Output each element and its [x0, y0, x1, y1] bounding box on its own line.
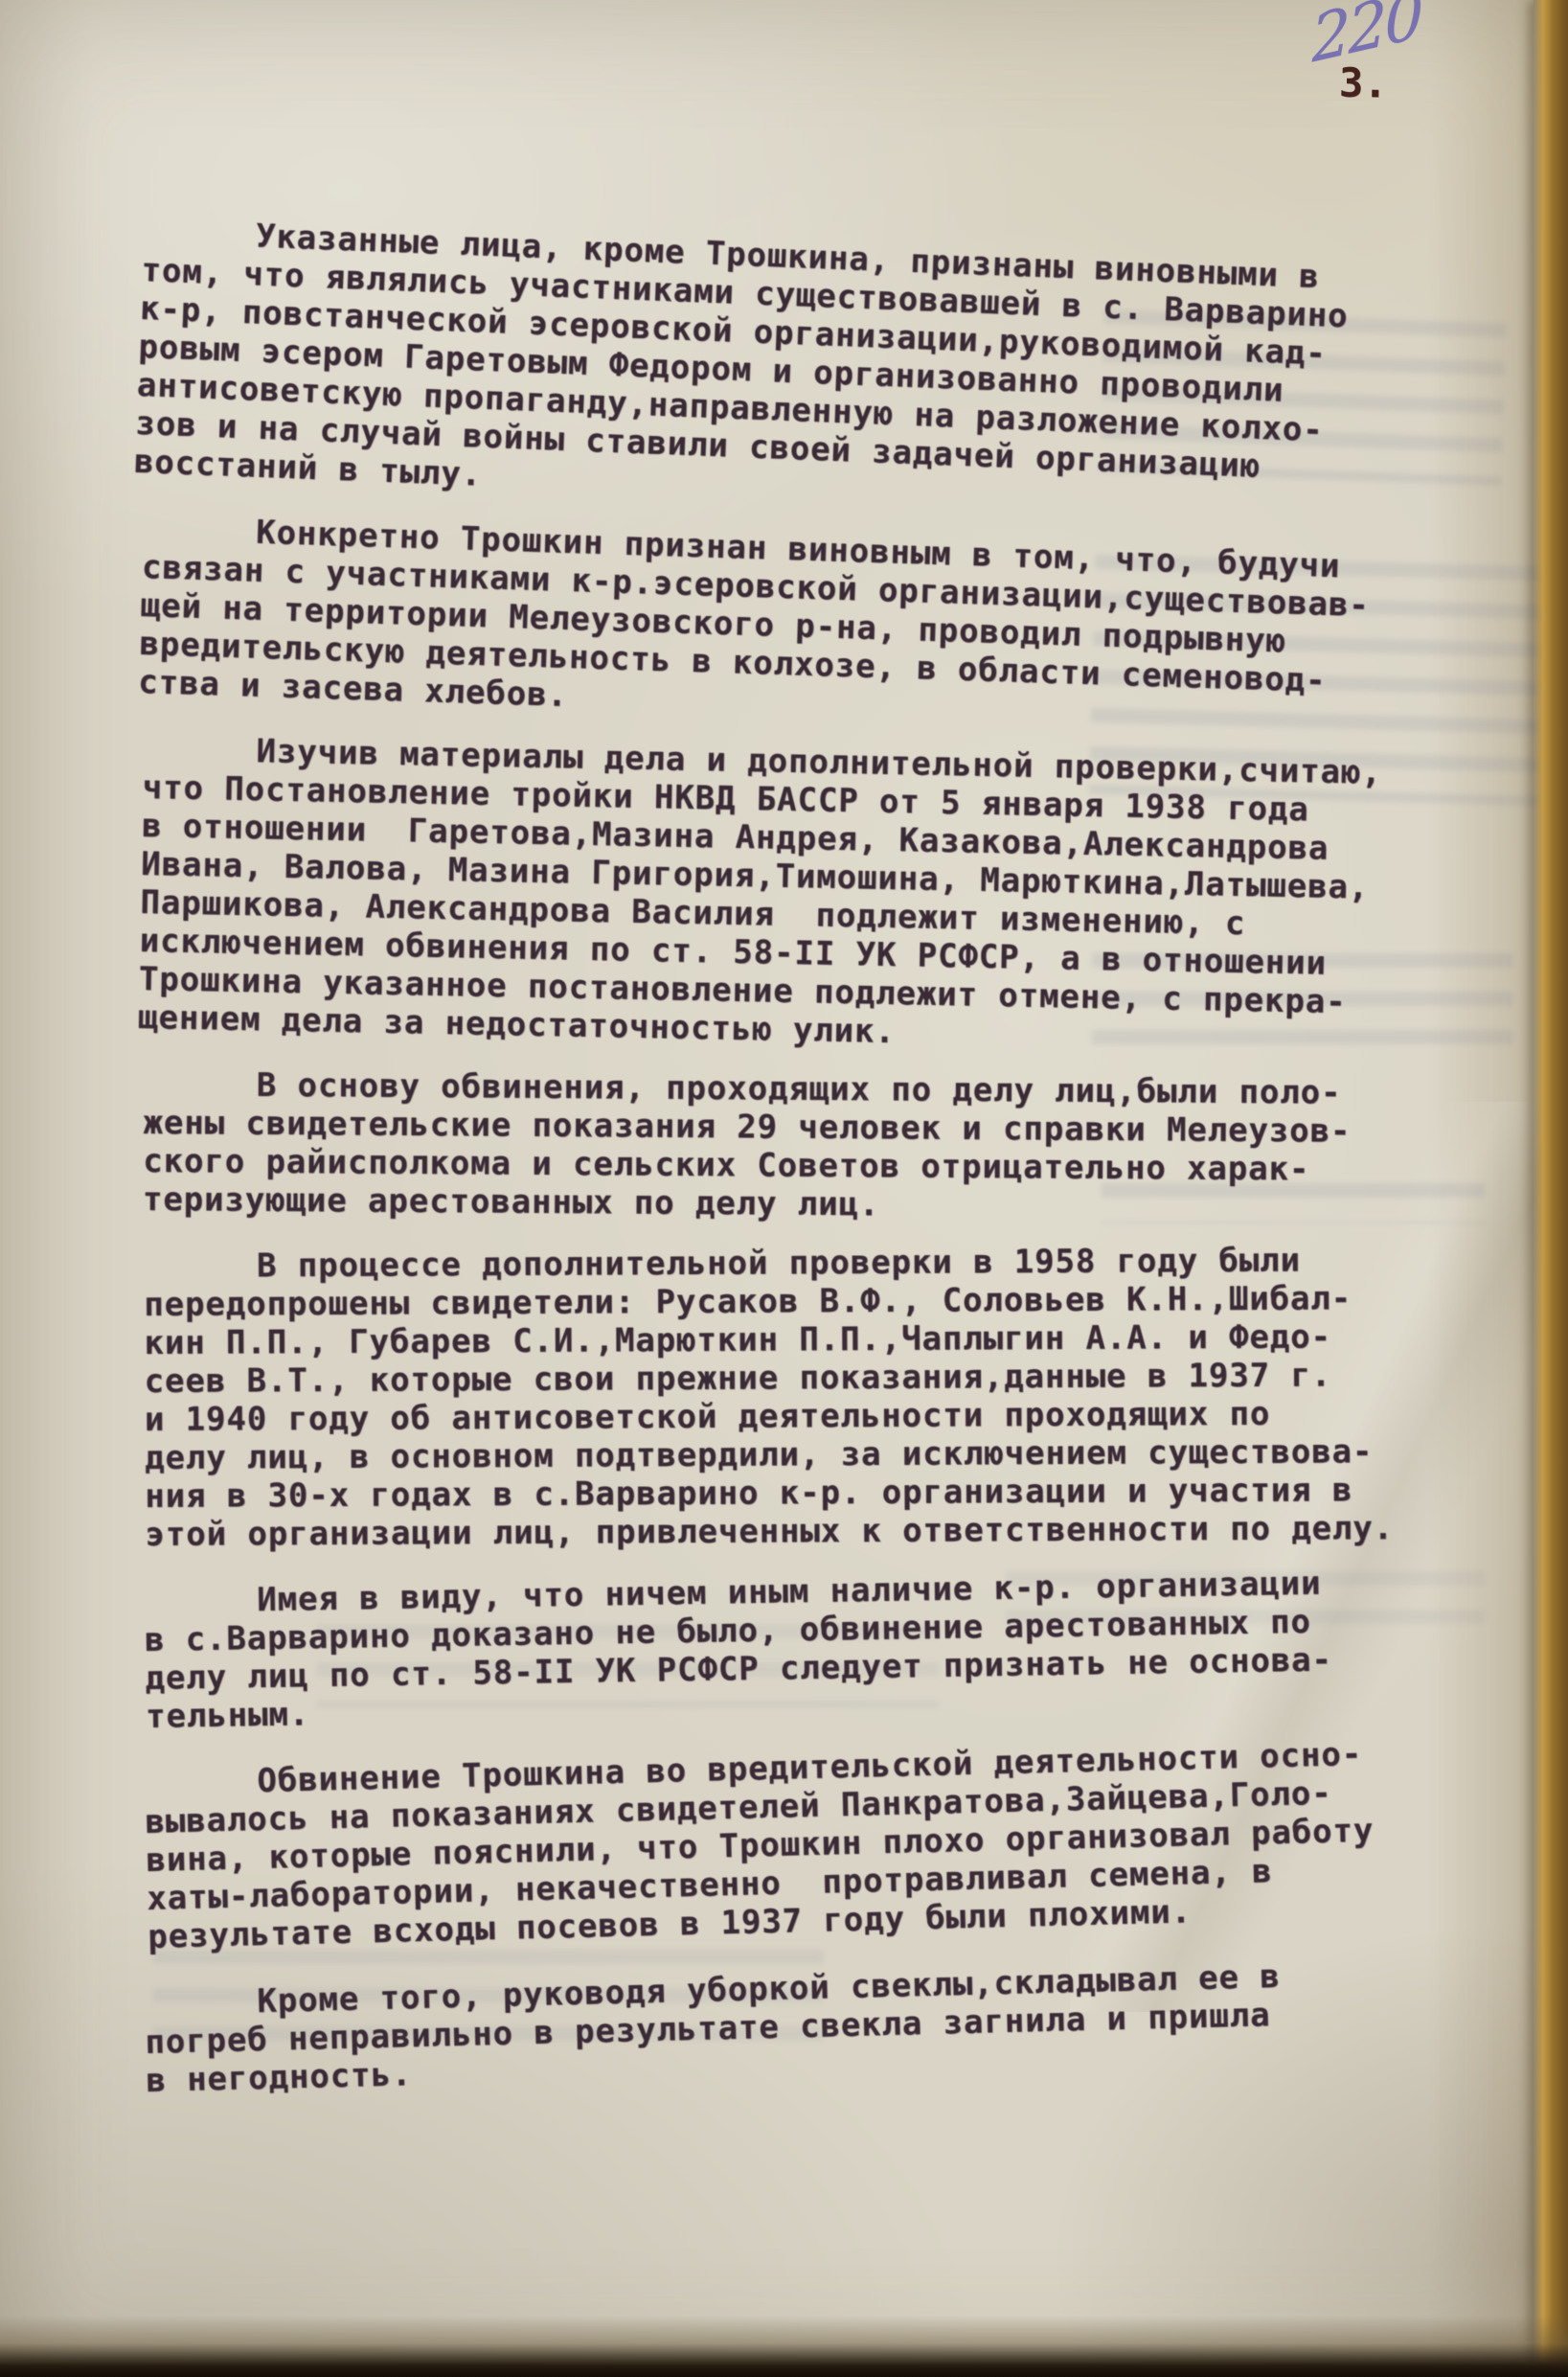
paragraph: Обвинение Трошкина во вредительской деят… [144, 1731, 1517, 1956]
scanned-document-page: 220 3. Указанные лица, кроме Трошкина, п… [0, 0, 1568, 2377]
page-bottom-edge [0, 2316, 1568, 2377]
typed-page-number: 3. [1339, 59, 1388, 107]
paragraph: Кроме того, руководя уборкой свеклы,скла… [144, 1952, 1516, 2100]
paragraph: Изучив материалы дела и дополнительной п… [138, 730, 1513, 1063]
paragraph: Имея в виду, что ничем иным наличие к-р.… [144, 1562, 1515, 1736]
paragraph: Указанные лица, кроме Трошкина, признаны… [133, 213, 1512, 534]
paragraph: В процессе дополнительной проверки в 195… [144, 1241, 1515, 1554]
document-body: Указанные лица, кроме Трошкина, признаны… [144, 213, 1513, 2129]
text-line: этой организации лиц, привлеченных к отв… [145, 1509, 1514, 1554]
paragraph: В основу обвинения, проходящих по делу л… [143, 1065, 1513, 1228]
text-line: сеев В.Т., которые свои прежние показани… [145, 1356, 1514, 1401]
paragraph: Конкретно Трошкин признан виновным в том… [138, 510, 1513, 744]
page-right-edge [1534, 0, 1568, 2377]
